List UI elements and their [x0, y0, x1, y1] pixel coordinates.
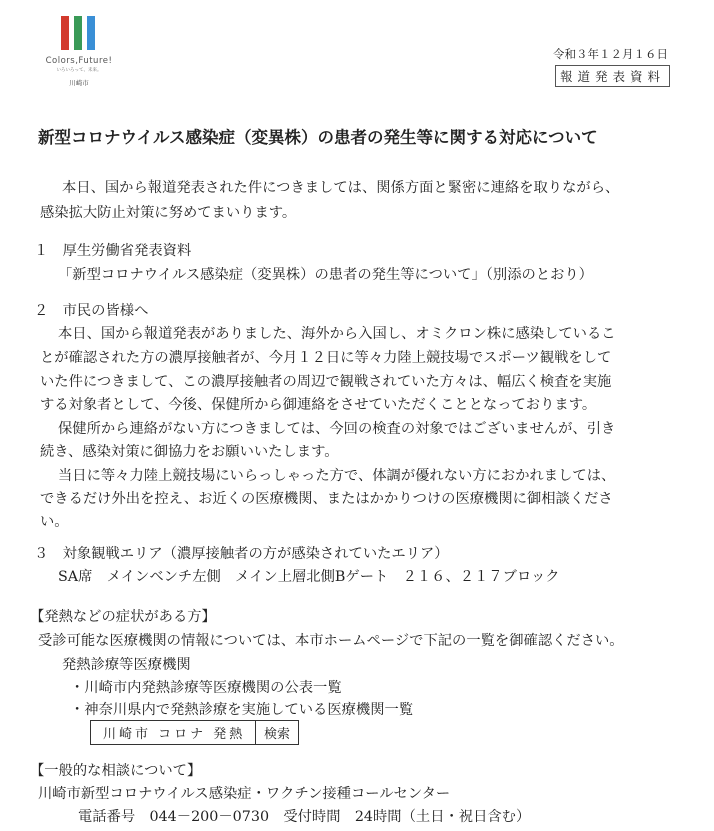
search-input[interactable]: 川崎市 コロナ 発熱	[91, 721, 256, 744]
section2-line: いた件につきまして、この濃厚接触者の周辺で観戦されていた方々は、幅広く検査を実施	[40, 371, 611, 391]
fever-link[interactable]: ・神奈川県内で発熱診療を実施している医療機関一覧	[70, 699, 413, 719]
section2-line: とが確認された方の濃厚接触者が、今月１２日に等々力陸上競技場でスポーツ観戦をして	[40, 347, 611, 367]
section3-body: SA席 メインベンチ左側 メイン上層北側Bゲート ２１６、２１７ブロック	[58, 566, 560, 586]
phone-info: 電話番号 044－200－0730 受付時間 24時間（土日・祝日含む）	[78, 806, 530, 826]
intro-line: 本日、国から報道発表された件につきましては、関係方面と緊密に連絡を取りながら、	[62, 177, 619, 197]
intro-line: 感染拡大防止対策に努めてまいります。	[40, 202, 296, 222]
logo-bars-icon	[54, 16, 102, 50]
fever-sub: 発熱診療等医療機関	[62, 654, 191, 674]
search-button[interactable]: 検索	[256, 721, 298, 744]
section3-heading: ３ 対象観戦エリア（濃厚接触者の方が感染されていたエリア）	[34, 543, 449, 563]
call-center: 川崎市新型コロナウイルス感染症・ワクチン接種コールセンター	[38, 783, 450, 803]
section1-body: 「新型コロナウイルス感染症（変異株）の患者の発生等について」（別添のとおり）	[58, 264, 593, 284]
section2-line: する対象者として、今後、保健所から御連絡をさせていただくこととなっております。	[40, 394, 596, 414]
fever-body: 受診可能な医療機関の情報については、本市ホームページで下記の一覧を御確認ください…	[38, 630, 624, 650]
section1-heading: １ 厚生労働省発表資料	[34, 240, 191, 260]
logo-tagline: いろいろって、未来。	[44, 67, 114, 73]
section2-line: 保健所から連絡がない方につきましては、今回の検査の対象ではございませんが、引き	[58, 418, 615, 438]
logo-brand: Colors,Future!	[44, 56, 114, 66]
section2-line: 本日、国から報道発表がありました、海外から入国し、オミクロン株に感染しているこ	[58, 323, 616, 343]
section2-heading: ２ 市民の皆様へ	[34, 300, 148, 320]
release-date: 令和３年１２月１６日	[553, 46, 668, 62]
section2-line: 当日に等々力陸上競技場にいらっしゃった方で、体調が優れない方におかれましては、	[58, 465, 615, 485]
general-heading: 【一般的な相談について】	[30, 760, 201, 780]
search-box: 川崎市 コロナ 発熱 検索	[90, 720, 299, 745]
city-logo: Colors,Future! いろいろって、未来。 川崎市	[52, 16, 102, 87]
section2-line: い。	[40, 511, 69, 531]
section2-line: できるだけ外出を控え、お近くの医療機関、またはかかりつけの医療機関に御相談くださ	[40, 488, 613, 508]
doc-type-label: 報道発表資料	[555, 65, 670, 87]
logo-city: 川崎市	[44, 78, 114, 87]
fever-heading: 【発熱などの症状がある方】	[30, 606, 216, 626]
page-title: 新型コロナウイルス感染症（変異株）の患者の発生等に関する対応について	[38, 124, 598, 148]
section2-line: 続き、感染対策に御協力をお願いいたします。	[40, 441, 339, 461]
fever-link[interactable]: ・川崎市内発熱診療等医療機関の公表一覧	[70, 677, 342, 697]
